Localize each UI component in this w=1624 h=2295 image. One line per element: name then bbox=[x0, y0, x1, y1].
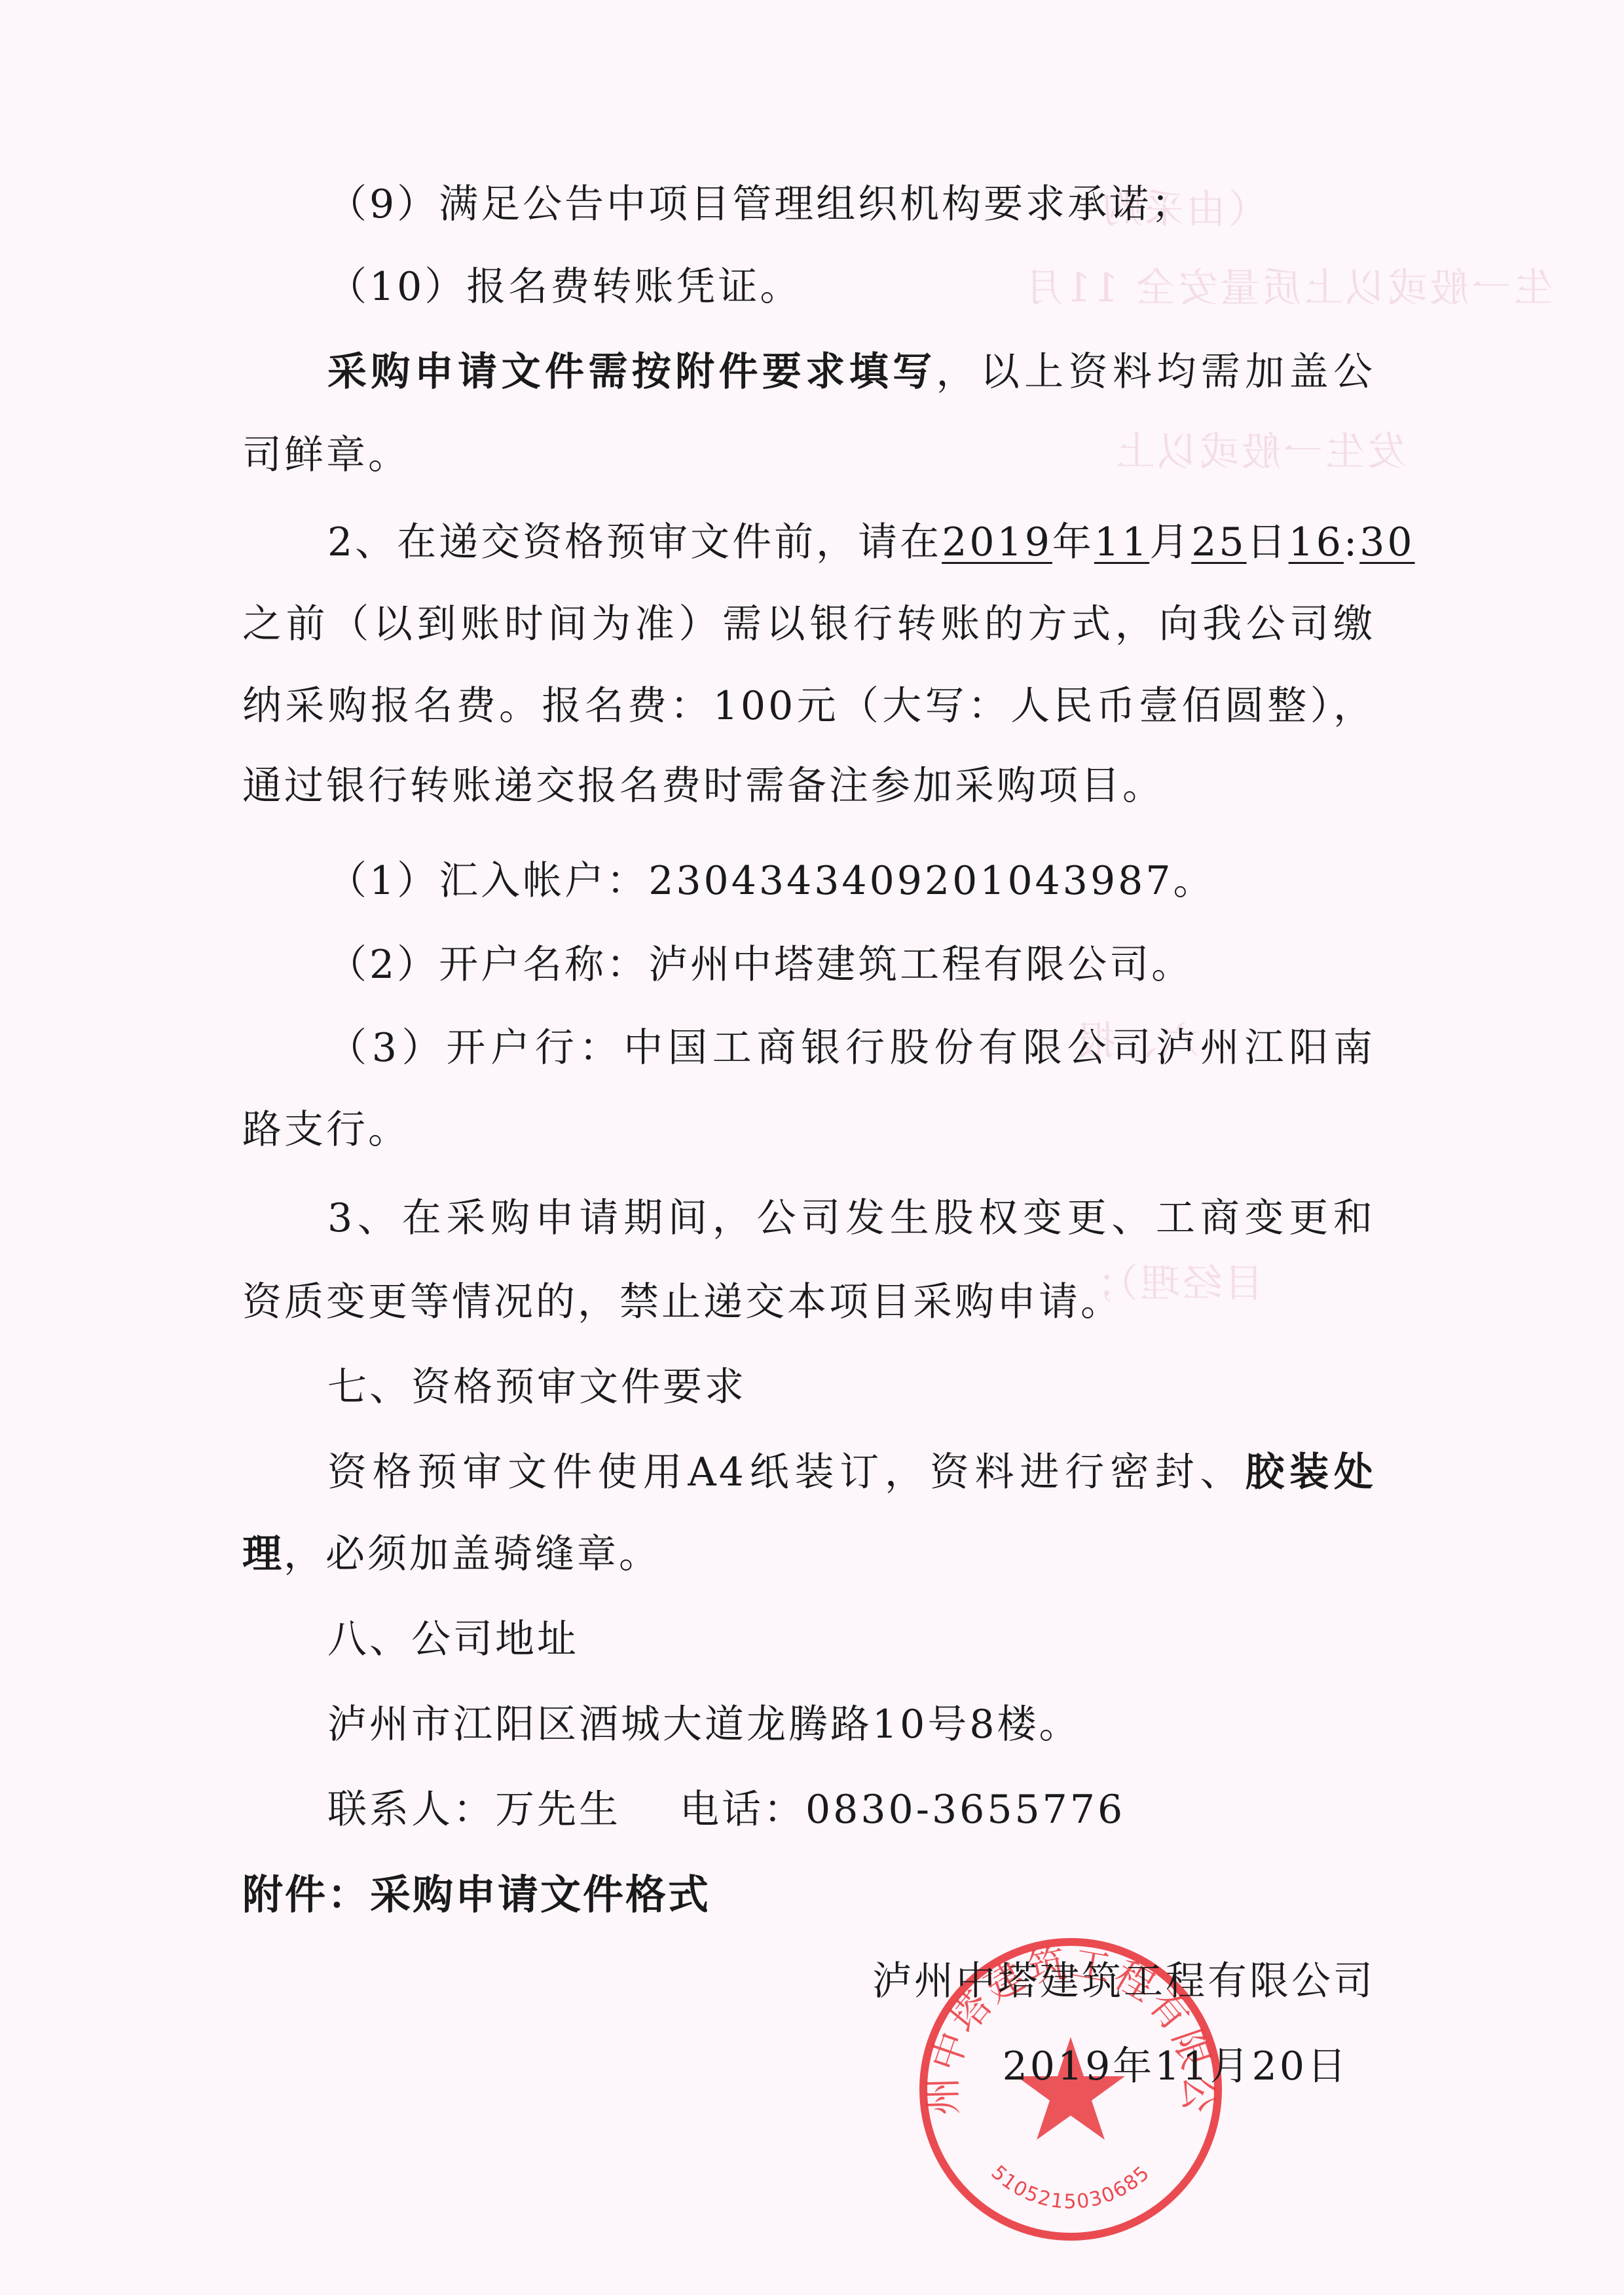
account-name-label: （2）开户名称： bbox=[327, 942, 648, 988]
paragraph-2-line-4: 通过银行转账递交报名费时需备注参加采购项目。 bbox=[242, 760, 1375, 812]
paragraph-3-line-1: 3、在采购申请期间，公司发生股权变更、工商变更和 bbox=[327, 1192, 1375, 1244]
note-bold-text: 采购申请文件需按附件要求填写 bbox=[327, 349, 936, 395]
svg-text:5105215030685: 5105215030685 bbox=[987, 2161, 1155, 2214]
section-7-text: 资格预审文件使用A4纸装订，资料进行密封、 bbox=[327, 1449, 1245, 1495]
contact-person: 联系人：万先生 bbox=[327, 1787, 621, 1833]
deadline-hour: 16 bbox=[1289, 519, 1344, 565]
deadline-day: 25 bbox=[1191, 519, 1246, 565]
section-7-heading: 七、资格预审文件要求 bbox=[327, 1361, 1375, 1413]
paragraph-2-line-3: 纳采购报名费。报名费：100元（大写：人民币壹佰圆整）， bbox=[242, 680, 1375, 732]
note-text: ，以上资料均需加盖公 bbox=[936, 349, 1375, 395]
document-page: （由采购 生一般或以上质量安全 11月 发生一般或以上 六、报 目经理）； （9… bbox=[0, 0, 1624, 2295]
contact-phone: 电话：0830-3655776 bbox=[680, 1787, 1125, 1833]
section-7-text: ，必须加盖骑缝章。 bbox=[284, 1531, 661, 1577]
list-item-10: （10）报名费转账凭证。 bbox=[327, 261, 1375, 313]
time-separator: : bbox=[1344, 519, 1359, 565]
paragraph-2-line-1: 2、在递交资格预审文件前，请在2019年11月25日16:30 bbox=[327, 516, 1375, 569]
contact-line: 联系人：万先生电话：0830-3655776 bbox=[327, 1783, 1375, 1836]
attachment-label: 附件：采购申请文件格式 bbox=[242, 1869, 1375, 1921]
signature-date: 2019年11月20日 bbox=[1003, 2040, 1349, 2093]
list-item-9: （9）满足公告中项目管理组织机构要求承诺； bbox=[327, 178, 1375, 231]
p2-prefix: 2、在递交资格预审文件前，请在 bbox=[327, 519, 942, 565]
company-address: 泸州市江阳区酒城大道龙腾路10号8楼。 bbox=[327, 1698, 1375, 1751]
section-7-line-2: 理，必须加盖骑缝章。 bbox=[242, 1528, 1375, 1580]
month-unit: 月 bbox=[1149, 519, 1191, 565]
section-7-bold-text: 理 bbox=[242, 1531, 284, 1577]
section-8-heading: 八、公司地址 bbox=[327, 1613, 1375, 1666]
bank-line-1: （3）开户行：中国工商银行股份有限公司泸州江阳南 bbox=[327, 1022, 1375, 1074]
year-unit: 年 bbox=[1052, 519, 1094, 565]
deadline-minute: 30 bbox=[1359, 519, 1414, 565]
section-7-line-1: 资格预审文件使用A4纸装订，资料进行密封、胶装处 bbox=[327, 1446, 1375, 1499]
deadline-year: 2019 bbox=[942, 519, 1052, 565]
deadline-month: 11 bbox=[1094, 519, 1149, 565]
bank-line-2: 路支行。 bbox=[242, 1104, 1375, 1156]
paragraph-3-line-2: 资质变更等情况的，禁止递交本项目采购申请。 bbox=[242, 1276, 1375, 1328]
account-label: （1）汇入帐户： bbox=[327, 858, 648, 904]
paragraph-2-line-2: 之前（以到账时间为准）需以银行转账的方式，向我公司缴 bbox=[242, 598, 1375, 650]
note-paragraph-cont: 司鲜章。 bbox=[242, 429, 1375, 481]
account-number: 2304343409201043987。 bbox=[648, 858, 1215, 904]
account-name: 泸州中塔建筑工程有限公司。 bbox=[648, 942, 1193, 988]
section-7-bold-text: 胶装处 bbox=[1245, 1449, 1375, 1495]
signature-company: 泸州中塔建筑工程有限公司 bbox=[872, 1955, 1375, 2007]
account-name-line: （2）开户名称：泸州中塔建筑工程有限公司。 bbox=[327, 939, 1375, 991]
account-number-line: （1）汇入帐户：2304343409201043987。 bbox=[327, 855, 1375, 907]
day-unit: 日 bbox=[1247, 519, 1289, 565]
note-paragraph: 采购申请文件需按附件要求填写，以上资料均需加盖公 bbox=[327, 346, 1375, 398]
